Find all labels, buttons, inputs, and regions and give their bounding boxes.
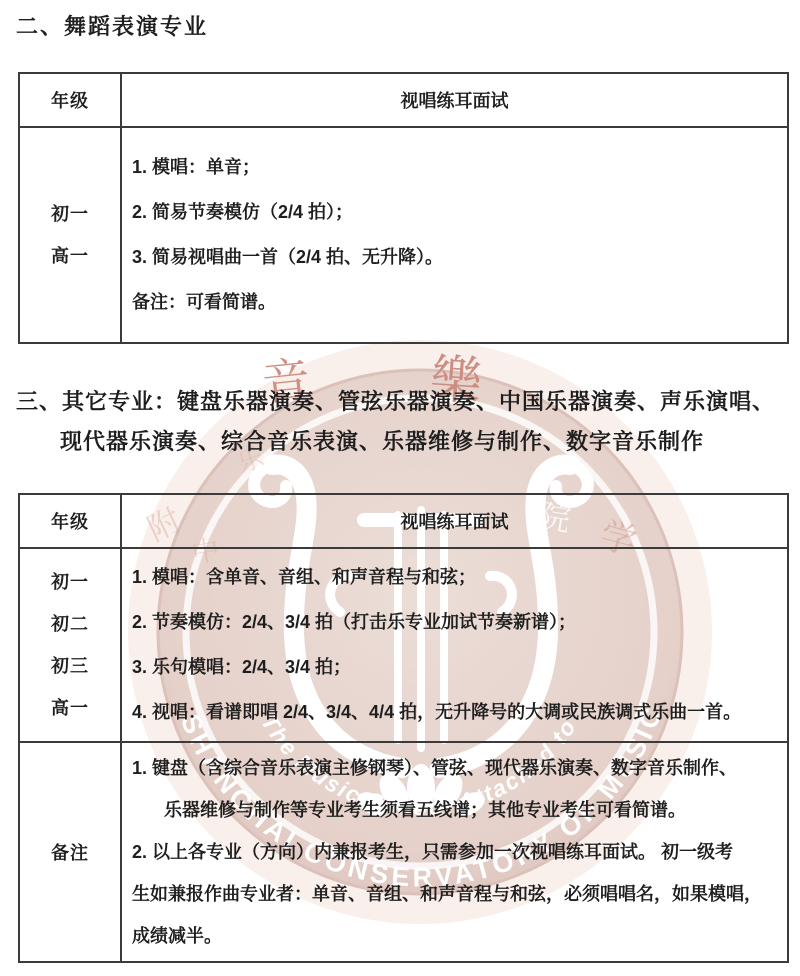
- exam-line: 1. 模唱：含单音、音组、和声音程与和弦；: [132, 555, 787, 600]
- notes-cell: 1. 键盘（含综合音乐表演主修钢琴）、管弦、现代器乐演奏、数字音乐制作、 乐器维…: [122, 743, 787, 961]
- exam-column-header: 视唱练耳面试: [122, 74, 787, 126]
- section-3-heading-line-1: 三、其它专业：键盘乐器演奏、管弦乐器演奏、中国乐器演奏、声乐演唱、: [16, 382, 775, 422]
- note-line: 乐器维修与制作等专业考生须看五线谱；其他专业考生可看简谱。: [132, 789, 787, 831]
- exam-line: 3. 乐句模唱：2/4、3/4 拍；: [132, 645, 787, 690]
- grade-label: 初一: [51, 193, 89, 235]
- content-layer: 二、舞蹈表演专业 年级 视唱练耳面试 初一 高一 1. 模唱：单音； 2. 简易…: [0, 0, 800, 976]
- section-3-heading: 三、其它专业：键盘乐器演奏、管弦乐器演奏、中国乐器演奏、声乐演唱、 现代器乐演奏…: [16, 382, 775, 462]
- exam-cell: 1. 模唱：含单音、音组、和声音程与和弦； 2. 节奏模仿：2/4、3/4 拍（…: [122, 549, 787, 741]
- note-line: 2. 以上各专业（方向）内兼报考生，只需参加一次视唱练耳面试。 初一级考: [132, 831, 787, 873]
- grade-label: 初一: [51, 561, 89, 603]
- grade-cell: 初一 初二 初三 高一: [20, 549, 122, 741]
- table-row: 初一 高一 1. 模唱：单音； 2. 简易节奏模仿（2/4 拍）； 3. 简易视…: [20, 126, 787, 342]
- table-row: 初一 初二 初三 高一 1. 模唱：含单音、音组、和声音程与和弦； 2. 节奏模…: [20, 547, 787, 741]
- grade-label: 高一: [51, 235, 89, 277]
- exam-line: 备注：可看简谱。: [132, 280, 787, 325]
- exam-line: 3. 简易视唱曲一首（2/4 拍、无升降）。: [132, 235, 787, 280]
- notes-label-cell: 备注: [20, 743, 122, 961]
- exam-column-header: 视唱练耳面试: [122, 495, 787, 547]
- note-line: 成绩减半。: [132, 915, 787, 957]
- other-majors-table: 年级 视唱练耳面试 初一 初二 初三 高一 1. 模唱：含单音、音组、和声音程与…: [18, 493, 789, 963]
- exam-line: 2. 简易节奏模仿（2/4 拍）；: [132, 190, 787, 235]
- grade-label: 初二: [51, 603, 89, 645]
- note-line: 生如兼报作曲专业者：单音、音组、和声音程与和弦，必须唱唱名，如果模唱，: [132, 873, 787, 915]
- section-2-heading: 二、舞蹈表演专业: [16, 10, 208, 41]
- exam-line: 1. 模唱：单音；: [132, 145, 787, 190]
- grade-column-header: 年级: [20, 495, 122, 547]
- table-header-row: 年级 视唱练耳面试: [20, 495, 787, 547]
- grade-label: 高一: [51, 687, 89, 729]
- dance-major-table: 年级 视唱练耳面试 初一 高一 1. 模唱：单音； 2. 简易节奏模仿（2/4 …: [18, 72, 789, 344]
- grade-column-header: 年级: [20, 74, 122, 126]
- grade-cell: 初一 高一: [20, 128, 122, 342]
- note-line: 1. 键盘（含综合音乐表演主修钢琴）、管弦、现代器乐演奏、数字音乐制作、: [132, 747, 787, 789]
- document-page: SHANGHAI CONSERVATORY OF MUSIC The Music…: [0, 0, 800, 976]
- exam-cell: 1. 模唱：单音； 2. 简易节奏模仿（2/4 拍）； 3. 简易视唱曲一首（2…: [122, 128, 787, 342]
- table-row-notes: 备注 1. 键盘（含综合音乐表演主修钢琴）、管弦、现代器乐演奏、数字音乐制作、 …: [20, 741, 787, 961]
- exam-line: 2. 节奏模仿：2/4、3/4 拍（打击乐专业加试节奏新谱）；: [132, 600, 787, 645]
- grade-label: 初三: [51, 645, 89, 687]
- exam-line: 4. 视唱：看谱即唱 2/4、3/4、4/4 拍，无升降号的大调或民族调式乐曲一…: [132, 690, 787, 735]
- section-3-heading-line-2: 现代器乐演奏、综合音乐表演、乐器维修与制作、数字音乐制作: [16, 422, 775, 462]
- table-header-row: 年级 视唱练耳面试: [20, 74, 787, 126]
